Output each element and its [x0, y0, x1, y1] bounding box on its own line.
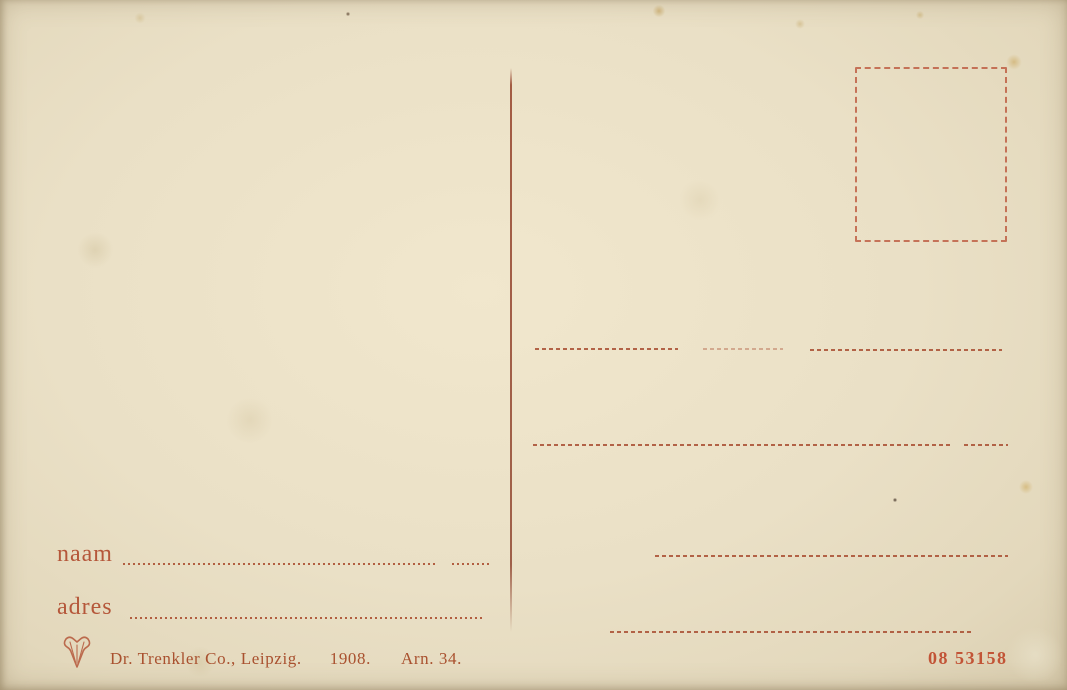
- center-divider-rule: [510, 68, 512, 632]
- address-label: adres: [57, 595, 113, 619]
- publisher-year: 1908.: [330, 649, 371, 668]
- name-dotted-line-segment-1: [123, 563, 438, 565]
- trenkler-monogram-icon: [61, 635, 93, 671]
- plate-number: Arn. 34.: [401, 649, 462, 668]
- publisher-imprint: Dr. Trenkler Co., Leipzig.1908.Arn. 34.: [110, 649, 462, 669]
- address-line-3: [655, 555, 1008, 557]
- address-dotted-line: [130, 617, 483, 619]
- postcard-back: naam adres Dr. Trenkler Co., Leipzig.190…: [0, 0, 1067, 690]
- address-line-1-segment-3: [810, 349, 1002, 351]
- address-line-1-segment-1: [535, 348, 678, 350]
- address-line-1-segment-2: [703, 348, 783, 350]
- publisher-name: Dr. Trenkler Co., Leipzig.: [110, 649, 302, 668]
- stamp-box: [855, 67, 1007, 242]
- name-label: naam: [57, 542, 113, 566]
- address-line-4: [610, 631, 972, 633]
- name-dotted-line-segment-2: [452, 563, 492, 565]
- serial-number: 08 53158: [928, 648, 1008, 669]
- address-line-2-segment-2: [964, 444, 1008, 446]
- address-line-2-segment-1: [533, 444, 950, 446]
